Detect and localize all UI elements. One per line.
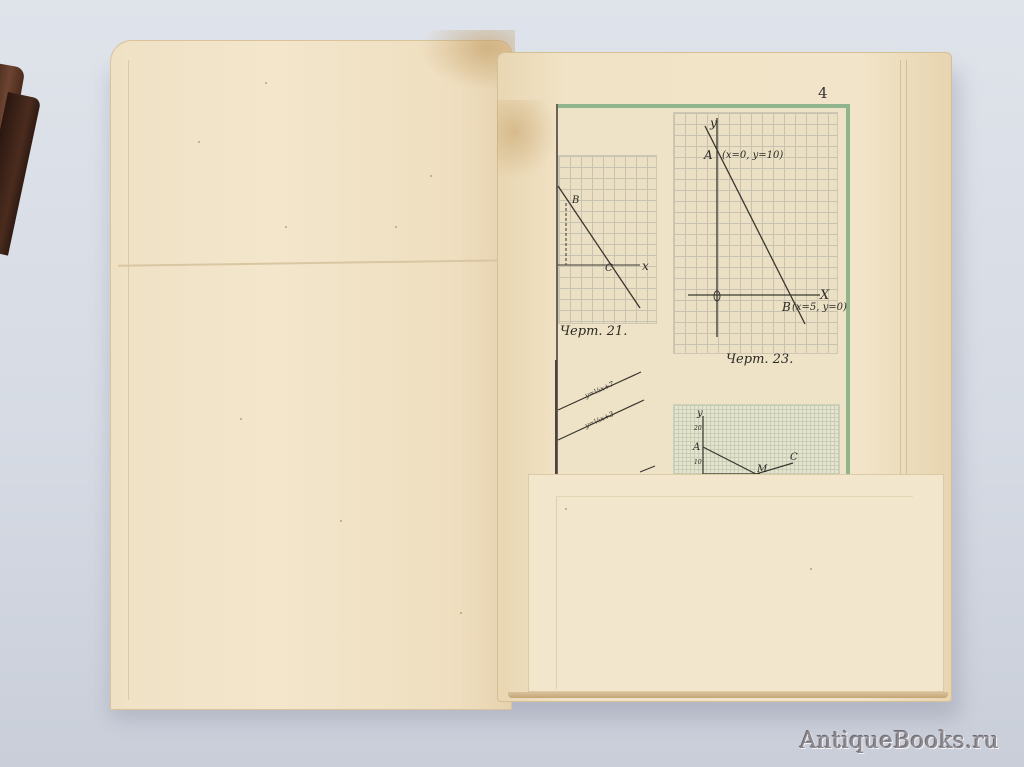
graph-point-c-label: C <box>790 452 798 463</box>
foxing-speck <box>810 568 812 570</box>
figure-21-caption: Черт. 21. <box>560 324 627 339</box>
graph-tick-20: 20 <box>694 425 702 432</box>
foxing-speck <box>395 226 397 228</box>
fig21-point-c-label: C <box>605 263 613 274</box>
fig23-point-a-label: A <box>704 148 713 162</box>
fig23-point-b-label: B <box>782 300 791 314</box>
foxing-speck <box>460 612 462 614</box>
fig23-point-b-coords: (x=5, y=0) <box>792 302 847 313</box>
graph-y-axis-label: y <box>697 408 703 419</box>
foxing-speck <box>430 175 432 177</box>
insert-sheet-margin <box>556 496 913 689</box>
foxing-speck <box>240 418 242 420</box>
foxing-speck <box>565 508 567 510</box>
fig23-x-axis-label: X <box>820 288 829 303</box>
fig21-x-axis-label: x <box>642 259 649 273</box>
watermark: AntiqueBooks.ru <box>800 728 999 754</box>
foxing-speck <box>198 141 200 143</box>
graph-point-a-label: A <box>693 442 700 453</box>
fig23-y-axis-label: y <box>710 116 717 130</box>
fig21-point-b-label: B <box>572 195 579 206</box>
foxing-speck <box>285 226 287 228</box>
foxing-speck <box>340 520 342 522</box>
figure-23-caption: Черт. 23. <box>726 352 793 367</box>
page-bottom-edge <box>508 692 948 698</box>
fig23-point-a-coords: (x=0, y=10) <box>722 150 783 161</box>
graph-tick-10: 10 <box>694 459 702 466</box>
foxing-speck <box>265 82 267 84</box>
